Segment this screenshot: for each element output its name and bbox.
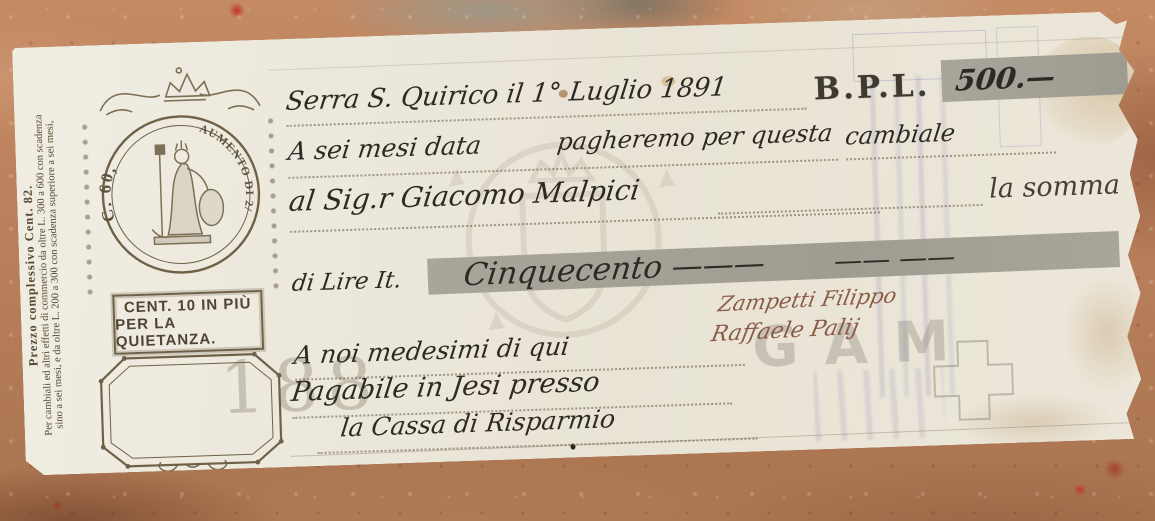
place-date-text: Serra S. Quirico il 1° Luglio 1891 — [284, 72, 728, 117]
currency-text: di Lire It. — [290, 267, 403, 297]
place-date-line: Serra S. Quirico il 1° Luglio 1891 — [285, 70, 806, 127]
instrument-word: cambiale — [844, 119, 957, 151]
bpl-label: B.P.L. — [813, 68, 931, 108]
plaque-line-2: PER LA QUIETANZA. — [115, 311, 262, 350]
stain-bottom — [954, 392, 1116, 452]
amount-figures-box: 500.— — [941, 52, 1129, 102]
amount-words-text: Cinquecento ——— — [462, 245, 767, 293]
signature-first: Zampetti Filippo — [718, 285, 896, 315]
order-text: A noi medesimi di qui — [293, 332, 571, 370]
currency-label: di Lire It. — [292, 267, 402, 297]
revenue-stamp-block: C. 60, AUMENTO DI 2/10 — [76, 53, 289, 459]
stamp-fee-text: C. 60, — [94, 161, 122, 224]
amount-words-band: Cinquecento ——— —— —— — [427, 231, 1120, 295]
promise-phrase: pagheremo per questa — [554, 119, 840, 169]
stamp-ornament-left — [80, 120, 94, 300]
stain-right-mid — [1060, 272, 1154, 395]
la-somma-label: la somma — [989, 169, 1121, 204]
term-phrase: A sei mesi data — [285, 130, 483, 177]
stamp-medallion: C. 60, AUMENTO DI 2/10 — [92, 106, 270, 284]
promissory-note-paper: 188 GAM Prezzo complessivo Cent. 82. Per — [12, 11, 1148, 476]
quietanza-plaque: CENT. 10 IN PIÙ PER LA QUIETANZA. — [112, 290, 264, 355]
cross-watermark — [927, 330, 1022, 425]
amount-figures-text: 500.— — [954, 59, 1057, 98]
amount-dashes: —— —— — [833, 239, 958, 277]
italia-figure — [149, 139, 224, 244]
octagon-frame — [96, 349, 286, 477]
payee-text: al Sig.r Giacomo Malpici — [287, 173, 641, 218]
instrument-line: cambiale — [845, 115, 1056, 160]
